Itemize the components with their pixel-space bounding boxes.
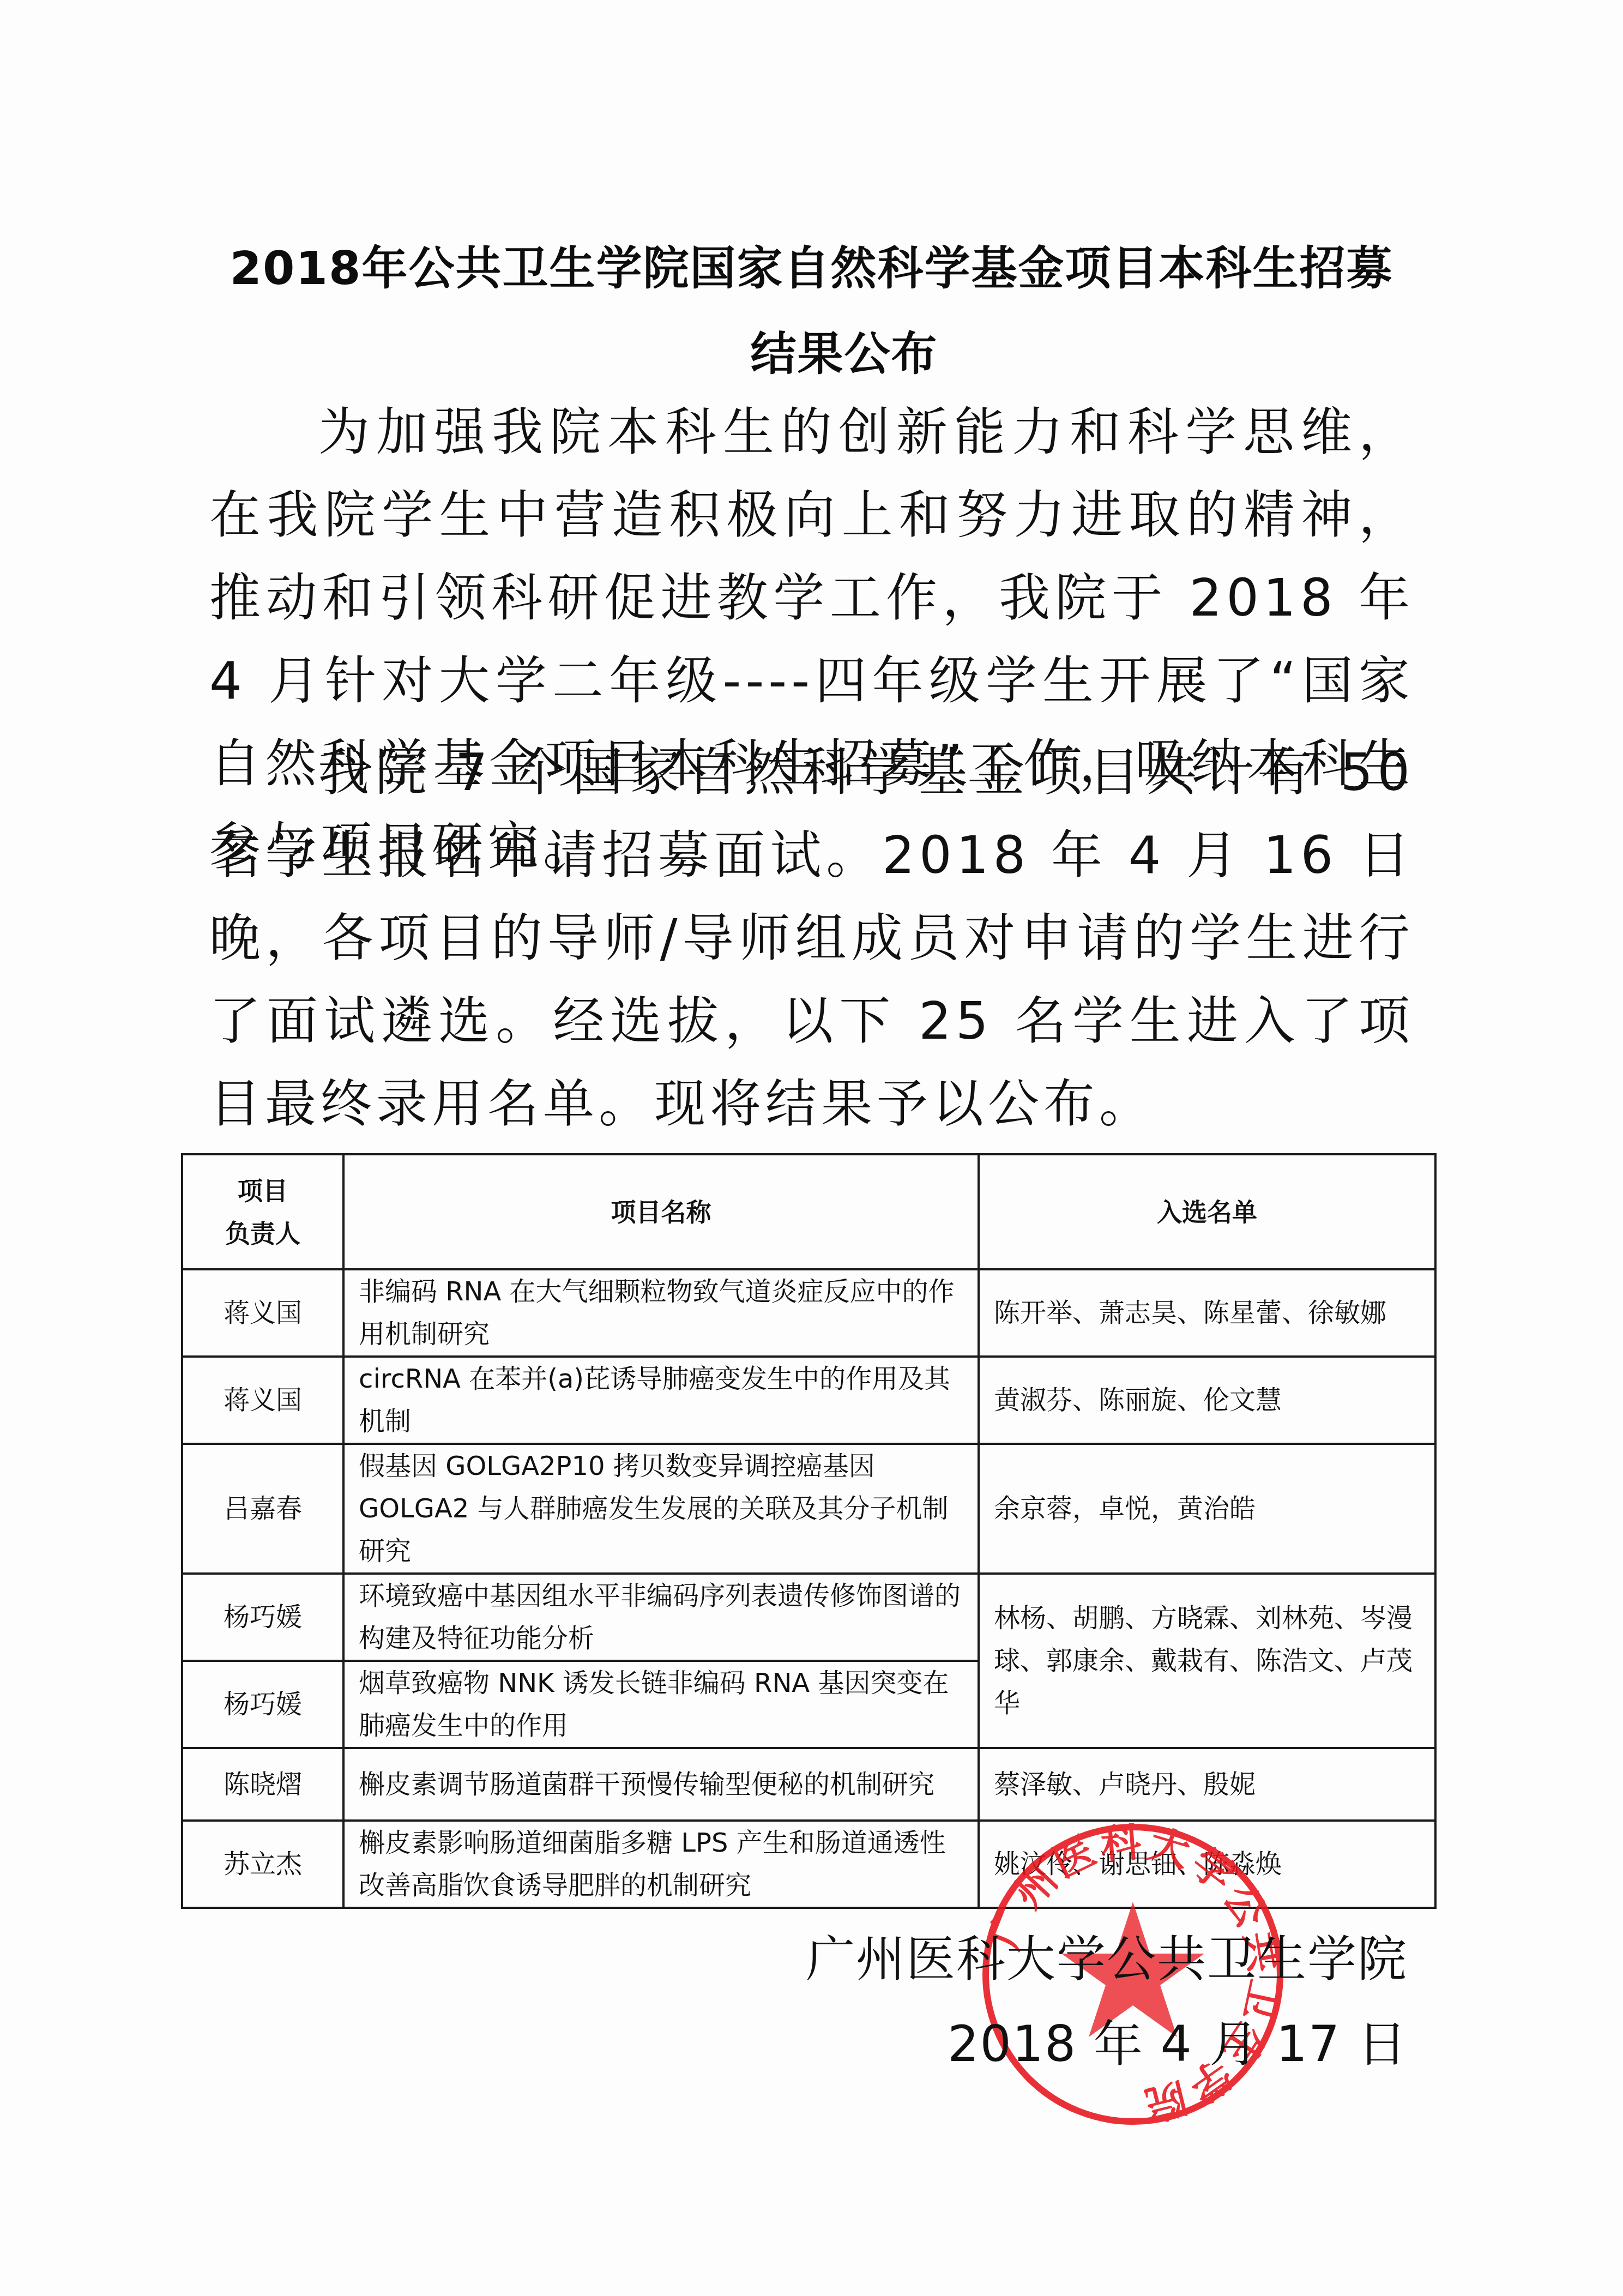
- cell-selected-students: 余京蓉，卓悦，黄治皓: [979, 1444, 1435, 1574]
- cell-project-lead: 蒋义国: [182, 1269, 343, 1357]
- cell-project-name: 非编码 RNA 在大气细颗粒物致气道炎症反应中的作用机制研究: [343, 1269, 979, 1357]
- document-page: 2018年公共卫生学院国家自然科学基金项目本科生招募 结果公布 为加强我院本科生…: [0, 0, 1623, 2296]
- header-project-lead-line1: 项目: [197, 1170, 328, 1212]
- table-row: 陈晓熠 槲皮素调节肠道菌群干预慢传输型便秘的机制研究 蔡泽敏、卢晓丹、殷妮: [182, 1748, 1435, 1821]
- results-paragraph-text: 我院 7 个国家自然科学基金项目共计有 50 名学生报名申请招募面试。2018 …: [209, 743, 1414, 1134]
- results-table: 项目 负责人 项目名称 入选名单 蒋义国 非编码 RNA 在大气细颗粒物致气道炎…: [181, 1153, 1437, 1909]
- cell-selected-students-merged: 林杨、胡鹏、方晓霖、刘林苑、岑漫球、郭康余、戴栽有、陈浩文、卢茂华: [979, 1574, 1435, 1748]
- issuing-organization: 广州医科大学公共卫生学院: [806, 1919, 1408, 1990]
- table-row: 蒋义国 circRNA 在苯并(a)芘诱导肺癌变发生中的作用及其机制 黄淑芬、陈…: [182, 1357, 1435, 1444]
- cell-project-lead: 蒋义国: [182, 1357, 343, 1444]
- table-row: 吕嘉春 假基因 GOLGA2P10 拷贝数变异调控癌基因 GOLGA2 与人群肺…: [182, 1444, 1435, 1574]
- header-selected-list: 入选名单: [979, 1154, 1435, 1269]
- document-title: 2018年公共卫生学院国家自然科学基金项目本科生招募: [0, 232, 1623, 298]
- cell-project-name: circRNA 在苯并(a)芘诱导肺癌变发生中的作用及其机制: [343, 1357, 979, 1444]
- table-row: 蒋义国 非编码 RNA 在大气细颗粒物致气道炎症反应中的作用机制研究 陈开举、萧…: [182, 1269, 1435, 1357]
- cell-project-lead: 杨巧媛: [182, 1661, 343, 1748]
- table-header-row: 项目 负责人 项目名称 入选名单: [182, 1154, 1435, 1269]
- results-paragraph: 我院 7 个国家自然科学基金项目共计有 50 名学生报名申请招募面试。2018 …: [209, 732, 1414, 1146]
- cell-project-name: 假基因 GOLGA2P10 拷贝数变异调控癌基因 GOLGA2 与人群肺癌发生发…: [343, 1444, 979, 1574]
- issue-date: 2018 年 4 月 17 日: [948, 2004, 1408, 2075]
- cell-project-lead: 吕嘉春: [182, 1444, 343, 1574]
- document-subtitle: 结果公布: [33, 317, 1623, 383]
- header-project-name: 项目名称: [343, 1154, 979, 1269]
- cell-project-name: 环境致癌中基因组水平非编码序列表遗传修饰图谱的构建及特征功能分析: [343, 1574, 979, 1661]
- cell-project-lead: 陈晓熠: [182, 1748, 343, 1821]
- cell-selected-students: 陈开举、萧志昊、陈星蕾、徐敏娜: [979, 1269, 1435, 1357]
- table-row: 杨巧媛 环境致癌中基因组水平非编码序列表遗传修饰图谱的构建及特征功能分析 林杨、…: [182, 1574, 1435, 1661]
- cell-selected-students: 黄淑芬、陈丽旋、伦文慧: [979, 1357, 1435, 1444]
- header-project-lead: 项目 负责人: [182, 1154, 343, 1269]
- cell-project-name: 槲皮素调节肠道菌群干预慢传输型便秘的机制研究: [343, 1748, 979, 1821]
- cell-project-lead: 苏立杰: [182, 1821, 343, 1908]
- cell-selected-students: 蔡泽敏、卢晓丹、殷妮: [979, 1748, 1435, 1821]
- cell-project-lead: 杨巧媛: [182, 1574, 343, 1661]
- header-project-lead-line2: 负责人: [197, 1212, 328, 1255]
- cell-project-name: 槲皮素影响肠道细菌脂多糖 LPS 产生和肠道通透性改善高脂饮食诱导肥胖的机制研究: [343, 1821, 979, 1908]
- cell-project-name: 烟草致癌物 NNK 诱发长链非编码 RNA 基因突变在肺癌发生中的作用: [343, 1661, 979, 1748]
